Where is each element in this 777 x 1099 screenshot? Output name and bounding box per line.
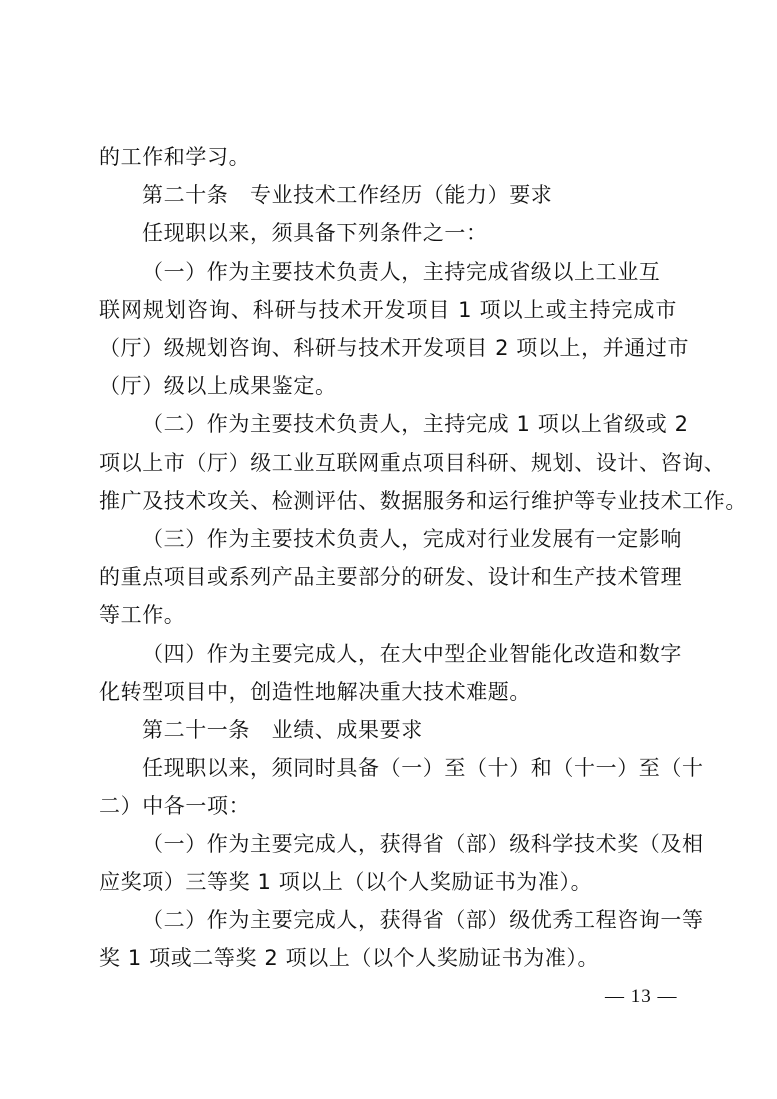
article-21-item-2-line-1: （二）作为主要完成人，获得省（部）级优秀工程咨询一等 <box>142 908 704 932</box>
article-20-item-2-line-3: 推广及技术攻关、检测评估、数据服务和运行维护等专业技术工作。 <box>99 489 677 513</box>
article-20-item-4-line-1: （四）作为主要完成人，在大中型企业智能化改造和数字 <box>142 642 682 666</box>
article-20-item-3-line-1: （三）作为主要技术负责人，完成对行业发展有一定影响 <box>142 527 682 551</box>
document-page: 的工作和学习。 第二十条 专业技术工作经历（能力）要求 任现职以来，须具备下列条… <box>0 0 777 1099</box>
article-20-item-1-line-3: （厅）级规划咨询、科研与技术开发项目 2 项以上，并通过市 <box>99 336 677 360</box>
article-21-heading: 第二十一条 业绩、成果要求 <box>142 718 423 742</box>
article-20-item-2-line-1: （二）作为主要技术负责人，主持完成 1 项以上省级或 2 <box>142 412 689 436</box>
article-21-item-1-line-1: （一）作为主要完成人，获得省（部）级科学技术奖（及相 <box>142 832 704 856</box>
article-20-item-1-line-1: （一）作为主要技术负责人，主持完成省级以上工业互 <box>142 260 660 284</box>
article-21-intro-line-1: 任现职以来，须同时具备（一）至（十）和（十一）至（十 <box>142 756 704 780</box>
article-20-item-2-line-2: 项以上市（厅）级工业互联网重点项目科研、规划、设计、咨询、 <box>99 451 677 475</box>
article-20-intro: 任现职以来，须具备下列条件之一： <box>142 221 488 245</box>
article-20-item-1-line-4: （厅）级以上成果鉴定。 <box>99 374 337 398</box>
page-number: — 13 — <box>605 986 678 1008</box>
article-21-item-1-line-2: 应奖项）三等奖 1 项以上（以个人奖励证书为准）。 <box>99 870 592 894</box>
article-21-intro-line-2: 二）中各一项： <box>99 794 250 818</box>
article-20-item-1-line-2: 联网规划咨询、科研与技术开发项目 1 项以上或主持完成市 <box>99 298 677 322</box>
article-20-item-4-line-2: 化转型项目中，创造性地解决重大技术难题。 <box>99 680 531 704</box>
article-21-item-2-line-2: 奖 1 项或二等奖 2 项以上（以个人奖励证书为准）。 <box>99 946 599 970</box>
article-20-heading: 第二十条 专业技术工作经历（能力）要求 <box>142 183 552 207</box>
article-20-item-3-line-2: 的重点项目或系列产品主要部分的研发、设计和生产技术管理 <box>99 565 677 589</box>
article-20-item-3-line-3: 等工作。 <box>99 603 185 627</box>
text-line-continuation: 的工作和学习。 <box>99 145 250 169</box>
